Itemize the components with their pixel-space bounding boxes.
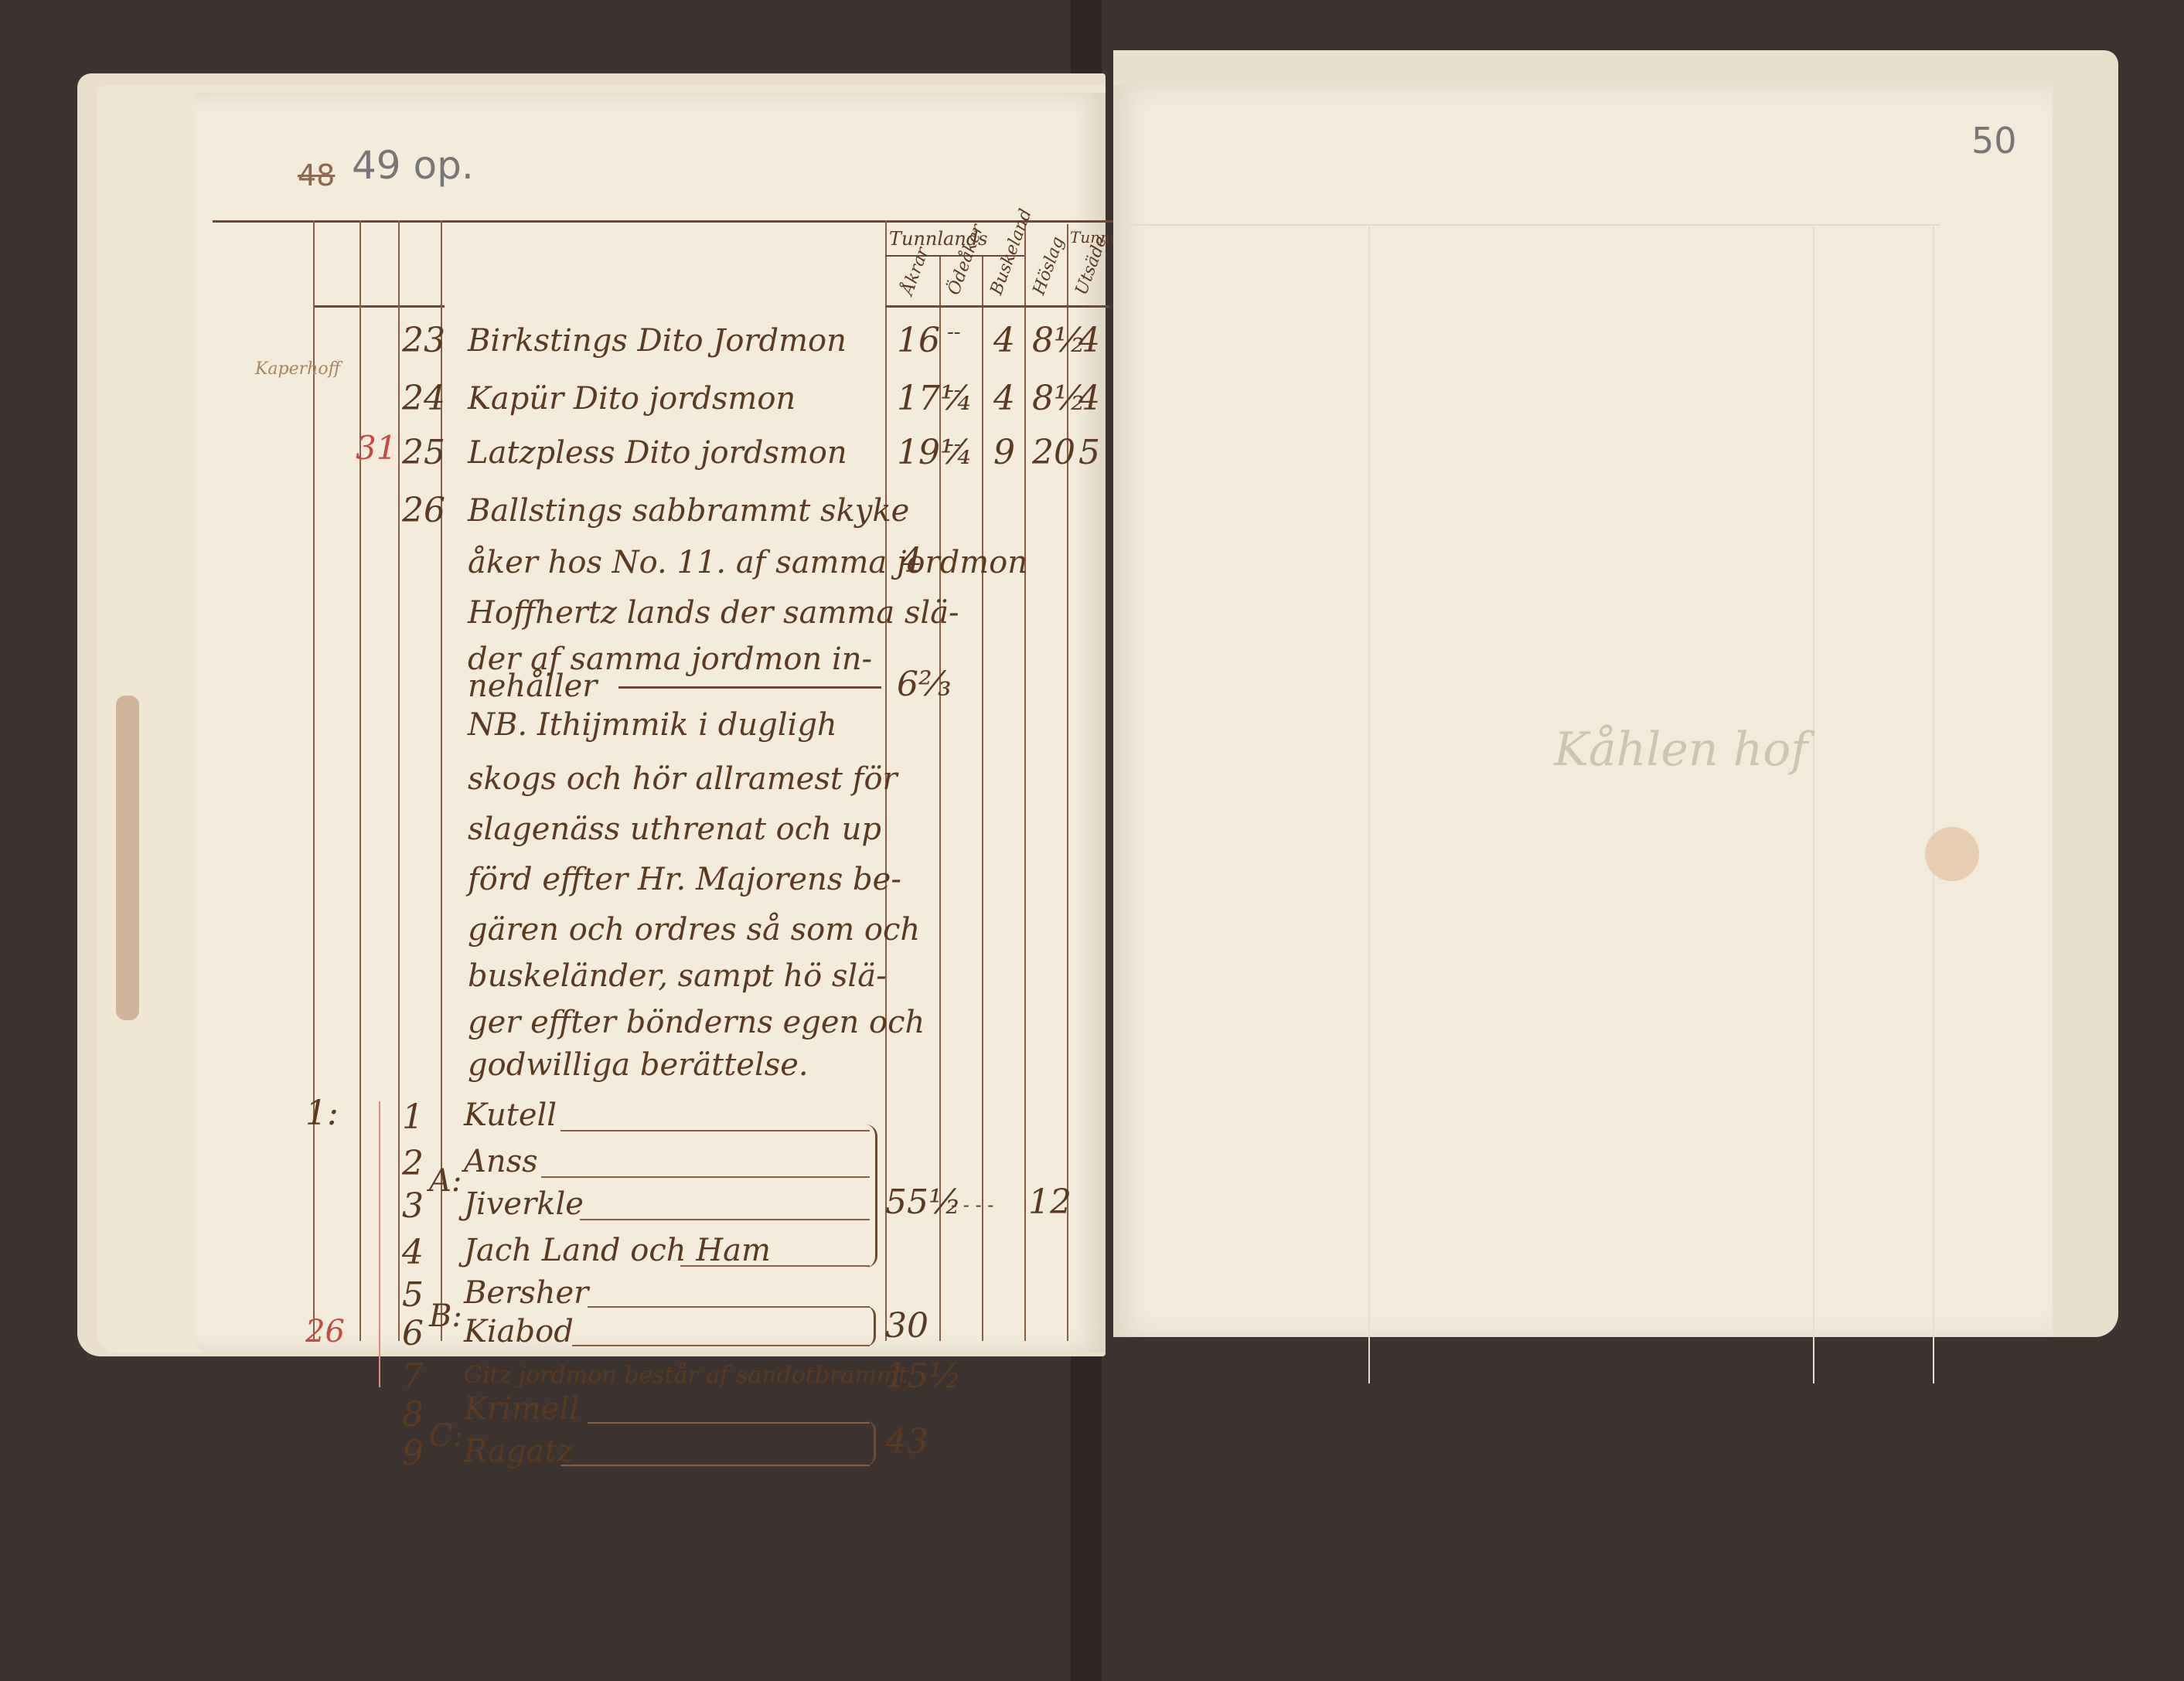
note-line: slagenäss uthrenat och up: [468, 812, 881, 847]
margin-note-kaperhoff: Kaperhoff: [255, 359, 340, 379]
red-margin-mark: 26: [305, 1314, 345, 1349]
group-label: B:: [429, 1298, 462, 1334]
group-a-hoslag: 12: [1028, 1182, 1072, 1222]
row-number: 26: [402, 491, 445, 530]
item-text: Bersher: [464, 1275, 588, 1311]
item-value: 15½: [885, 1356, 962, 1396]
cell-utsade: 5: [1078, 433, 1100, 472]
note-line: gären och ordres så som och: [468, 912, 920, 948]
cell-odeaker: --: [947, 321, 961, 344]
column-line: [398, 220, 400, 1341]
item-text: Gitz jordmon består af sandotbrammt: [464, 1362, 908, 1389]
fill-line: [680, 1265, 870, 1267]
cell-akrar: 16: [897, 321, 940, 360]
column-line: [982, 255, 983, 1341]
right-pencil-folio-number: 50: [1971, 120, 2017, 162]
cell-akrar: 4: [901, 541, 922, 580]
row-continuation: nehåller: [468, 669, 597, 704]
fill-line: [560, 1130, 870, 1131]
row-continuation: åker hos No. 11. af samma jordmon: [468, 545, 1027, 580]
fill-line: [541, 1176, 870, 1178]
row-number: 23: [402, 321, 445, 360]
column-line: [359, 220, 361, 1341]
item-text: Krimell: [464, 1391, 579, 1427]
cell-hoslag: 20: [1032, 433, 1075, 472]
note-line: förd effter Hr. Majorens be-: [468, 862, 901, 897]
column-line: [1024, 224, 1026, 1341]
item-number: 2: [402, 1144, 424, 1183]
item-number: 9: [402, 1434, 424, 1473]
group-c-bracket: [866, 1421, 876, 1465]
dash-fill: - - - -: [951, 1194, 993, 1216]
row-text: Ballstings sabbrammt skyke: [468, 493, 909, 529]
bleed-through-heading: Kåhlen hof: [1554, 723, 1808, 777]
row-text: Birkstings Dito Jordmon: [468, 323, 847, 359]
cell-odeaker: --: [947, 433, 961, 456]
item-text: Kiabod: [464, 1314, 574, 1349]
item-number: 5: [402, 1275, 424, 1315]
item-number: 1: [402, 1097, 424, 1137]
cell-buskeland: 9: [993, 433, 1015, 472]
bleed-through-rule: [1813, 224, 1814, 1383]
header-bottom-rule: [885, 305, 1109, 308]
cell-buskeland: 4: [993, 321, 1015, 360]
group-a-total: 55½: [885, 1182, 962, 1222]
row-continuation: Hoffhertz lands der samma slä-: [468, 595, 959, 631]
bleed-through-rule: [1129, 224, 1940, 226]
red-bracket: [379, 1101, 390, 1387]
top-rule: [213, 220, 1117, 223]
note-line: NB. Ithijmmik i dugligh: [468, 707, 837, 743]
bleed-through-rule: [1368, 224, 1370, 1383]
old-folio-number: 48: [298, 158, 335, 192]
fill-line: [588, 1422, 870, 1424]
right-page: [1113, 85, 2053, 1337]
note-line: buskeländer, sampt hö slä-: [468, 958, 887, 994]
column-line: [313, 220, 315, 1341]
row-text: Latzpless Dito jordsmon: [468, 435, 847, 471]
page-edge-stain: [116, 696, 139, 1020]
fill-line: [618, 686, 881, 689]
pencil-folio-number: 49 op.: [352, 143, 474, 188]
note-line: godwilliga berättelse.: [468, 1047, 809, 1083]
group-label: A:: [429, 1163, 462, 1199]
cell-utsade: 4: [1078, 321, 1100, 360]
group-b-bracket: [866, 1306, 876, 1346]
note-line: skogs och hör allramest för: [468, 761, 898, 797]
cell-utsade: 4: [1078, 379, 1100, 418]
item-number: 8: [402, 1395, 424, 1434]
item-number: 4: [402, 1233, 424, 1272]
fill-line: [560, 1465, 870, 1466]
cell-odeaker: --: [947, 379, 961, 402]
item-text: Jach Land och Ham: [464, 1233, 771, 1268]
cell-akrar: 6⅔: [897, 665, 952, 704]
fill-line: [572, 1345, 870, 1346]
item-text: Jiverkle: [464, 1186, 584, 1222]
paper-stain: [1925, 827, 1979, 881]
cell-buskeland: 4: [993, 379, 1015, 418]
cell-akrar: 19¼: [897, 433, 973, 472]
note-line: ger effter bönderns egen och: [468, 1005, 925, 1040]
item-number: 6: [402, 1314, 424, 1353]
red-margin-mark: 31: [356, 429, 397, 467]
item-text: Kutell: [464, 1097, 557, 1133]
row-text: Kapür Dito jordsmon: [468, 381, 796, 417]
item-number: 3: [402, 1186, 424, 1226]
item-text: Anss: [464, 1144, 538, 1179]
fill-line: [588, 1306, 870, 1308]
item-number: 7: [402, 1356, 424, 1396]
item-text: Ragatz: [464, 1434, 573, 1469]
row-number: 24: [402, 379, 445, 418]
bleed-through-rule: [1933, 224, 1934, 1383]
row-number: 25: [402, 433, 445, 472]
section-marker: 1:: [305, 1094, 339, 1133]
group-c-total: 43: [885, 1422, 928, 1462]
group-label: C:: [429, 1418, 463, 1454]
fill-line: [580, 1219, 870, 1220]
group-a-bracket: [866, 1125, 877, 1268]
header-rule: [313, 305, 445, 308]
group-b-total: 30: [885, 1306, 928, 1346]
cell-akrar: 17¼: [897, 379, 973, 418]
